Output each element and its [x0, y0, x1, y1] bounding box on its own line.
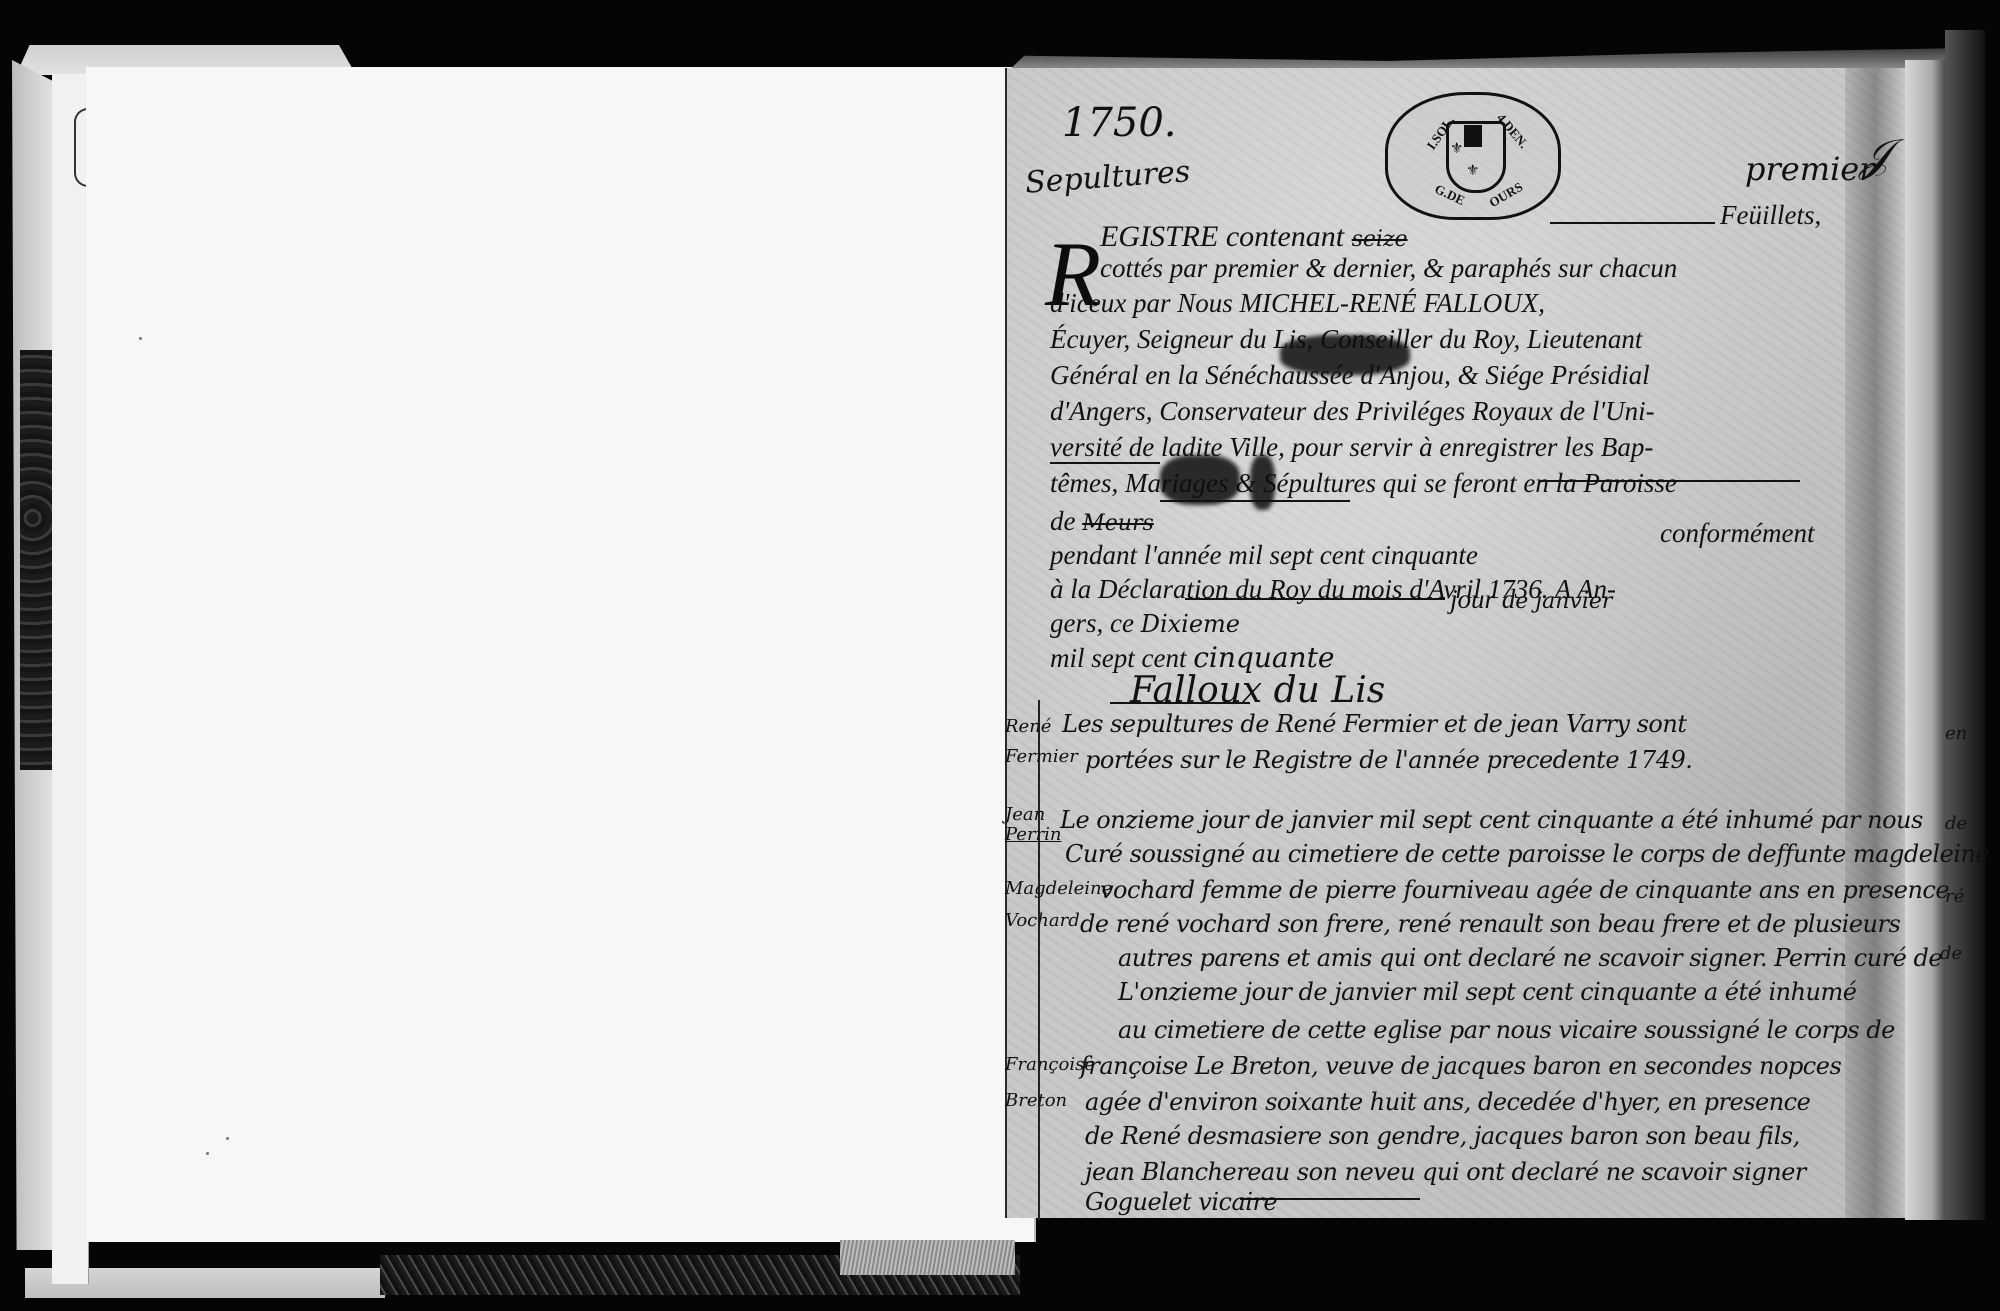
ink-blot	[1280, 335, 1410, 375]
blank-left-page	[86, 67, 1034, 1242]
fill-in-line	[1185, 598, 1445, 600]
entry-line: françoise Le Breton, veuve de jacques ba…	[1080, 1054, 1841, 1078]
paraph-mark: 𝒥	[1860, 130, 1890, 181]
manuscript-right-edge	[1905, 60, 1950, 1220]
form-line-6: d'Angers, Conservateur des Priviléges Ro…	[1050, 398, 1655, 425]
folio-note: premier	[1745, 150, 1875, 188]
right-margin-fragment: de	[1940, 945, 1962, 963]
entry-line-signature: Goguelet vicaire	[1085, 1190, 1277, 1214]
form-line-10-end: conformément	[1660, 520, 1814, 547]
form-line-1-end: Feüillets,	[1720, 202, 1821, 229]
fleur-de-lis-icon: ⚜	[1450, 139, 1463, 158]
form-fill-in: seize	[1352, 227, 1408, 252]
strike-through	[1540, 480, 1800, 482]
form-line-3: d'iceux par Nous MICHEL-RENÉ FALLOUX,	[1050, 290, 1545, 317]
form-line-12: gers, ce Dixieme	[1050, 610, 1240, 637]
form-text: jour d	[1450, 584, 1515, 614]
signature-flourish	[1110, 702, 1250, 704]
year-heading: 1750.	[1062, 100, 1177, 146]
fill-in-line	[1160, 500, 1350, 502]
margin-name: René	[1005, 718, 1051, 736]
form-line-9: de Meurs	[1050, 508, 1154, 535]
entry-line: de rené vochard son frere, rené renault …	[1080, 912, 1900, 936]
form-line-10: pendant l'année mil sept cent cinquante	[1050, 542, 1478, 569]
day-fill-in: Dixieme	[1141, 610, 1240, 638]
entry-line: Les sepultures de René Fermier et de jea…	[1062, 712, 1686, 736]
strike-through	[1050, 462, 1160, 464]
entry-line: autres parens et amis qui ont declaré ne…	[1118, 946, 1942, 970]
margin-name: Vochard	[1005, 912, 1080, 930]
underlying-page-edge	[52, 74, 89, 1284]
entry-line: Le onzieme jour de janvier mil sept cent…	[1060, 808, 1923, 832]
margin-name: Fermier	[1005, 748, 1078, 766]
margin-line	[1038, 700, 1040, 1220]
form-line-8: têmes, Mariages & Sépultures qui se fero…	[1050, 470, 1677, 497]
entry-line: jean Blanchereau son neveu qui ont decla…	[1085, 1160, 1806, 1184]
form-text: gers, ce	[1050, 608, 1134, 638]
entry-line: L'onzieme jour de janvier mil sept cent …	[1118, 980, 1856, 1004]
right-margin-fragment: en	[1945, 725, 1967, 743]
paper-speck	[206, 1152, 209, 1155]
form-text: EGISTRE contenant	[1100, 220, 1344, 253]
entry-line: vochard femme de pierre fourniveau agée …	[1100, 878, 1949, 902]
month-fill-in: e janvier	[1515, 589, 1612, 614]
parish-name-fill-in: Meurs	[1082, 511, 1154, 536]
ink-blot	[1160, 455, 1240, 505]
cloth-background	[840, 1240, 1015, 1275]
form-line-13: mil sept cent cinquante	[1050, 644, 1334, 672]
margin-name: Jean	[1005, 806, 1045, 824]
form-line-1: EGISTRE contenant seize	[1100, 222, 1408, 252]
form-line-7: versité de ladite Ville, pour servir à e…	[1050, 434, 1653, 461]
castle-icon	[1464, 125, 1482, 147]
book-spine-edge	[1945, 30, 1985, 1220]
right-margin-fragment: de	[1945, 815, 1967, 833]
entry-line: au cimetiere de cette eglise par nous vi…	[1118, 1018, 1895, 1042]
form-text: mil sept cent	[1050, 643, 1186, 673]
entry-line: agée d'environ soixante huit ans, decedé…	[1085, 1090, 1810, 1114]
form-text: de	[1050, 506, 1075, 536]
tax-stamp: I.SOL. 4.DEN. G.DE OURS ⚜ ⚜	[1385, 92, 1561, 220]
form-line-2: cottés par premier & dernier, & paraphés…	[1100, 255, 1677, 282]
entry-line: de René desmasiere son gendre, jacques b…	[1085, 1124, 1800, 1148]
right-margin-fragment: ré	[1945, 888, 1964, 906]
paper-speck	[226, 1137, 229, 1140]
fill-in-line	[1550, 222, 1715, 224]
entry-line: Curé soussigné au cimetiere de cette par…	[1065, 842, 1989, 866]
page-fold-shadow	[1845, 68, 1905, 1218]
entry-line: portées sur le Registre de l'année prece…	[1085, 748, 1692, 772]
form-line-12-end: jour de janvier	[1450, 586, 1612, 613]
signature-falloux: Falloux du Lis	[1130, 670, 1385, 711]
signature-flourish	[1240, 1198, 1420, 1200]
paper-speck	[139, 337, 142, 340]
fleur-de-lis-icon: ⚜	[1466, 161, 1479, 180]
margin-name: Breton	[1005, 1092, 1067, 1110]
margin-name: Perrin	[1005, 826, 1062, 844]
margin-name: Magdeleine	[1005, 880, 1112, 898]
